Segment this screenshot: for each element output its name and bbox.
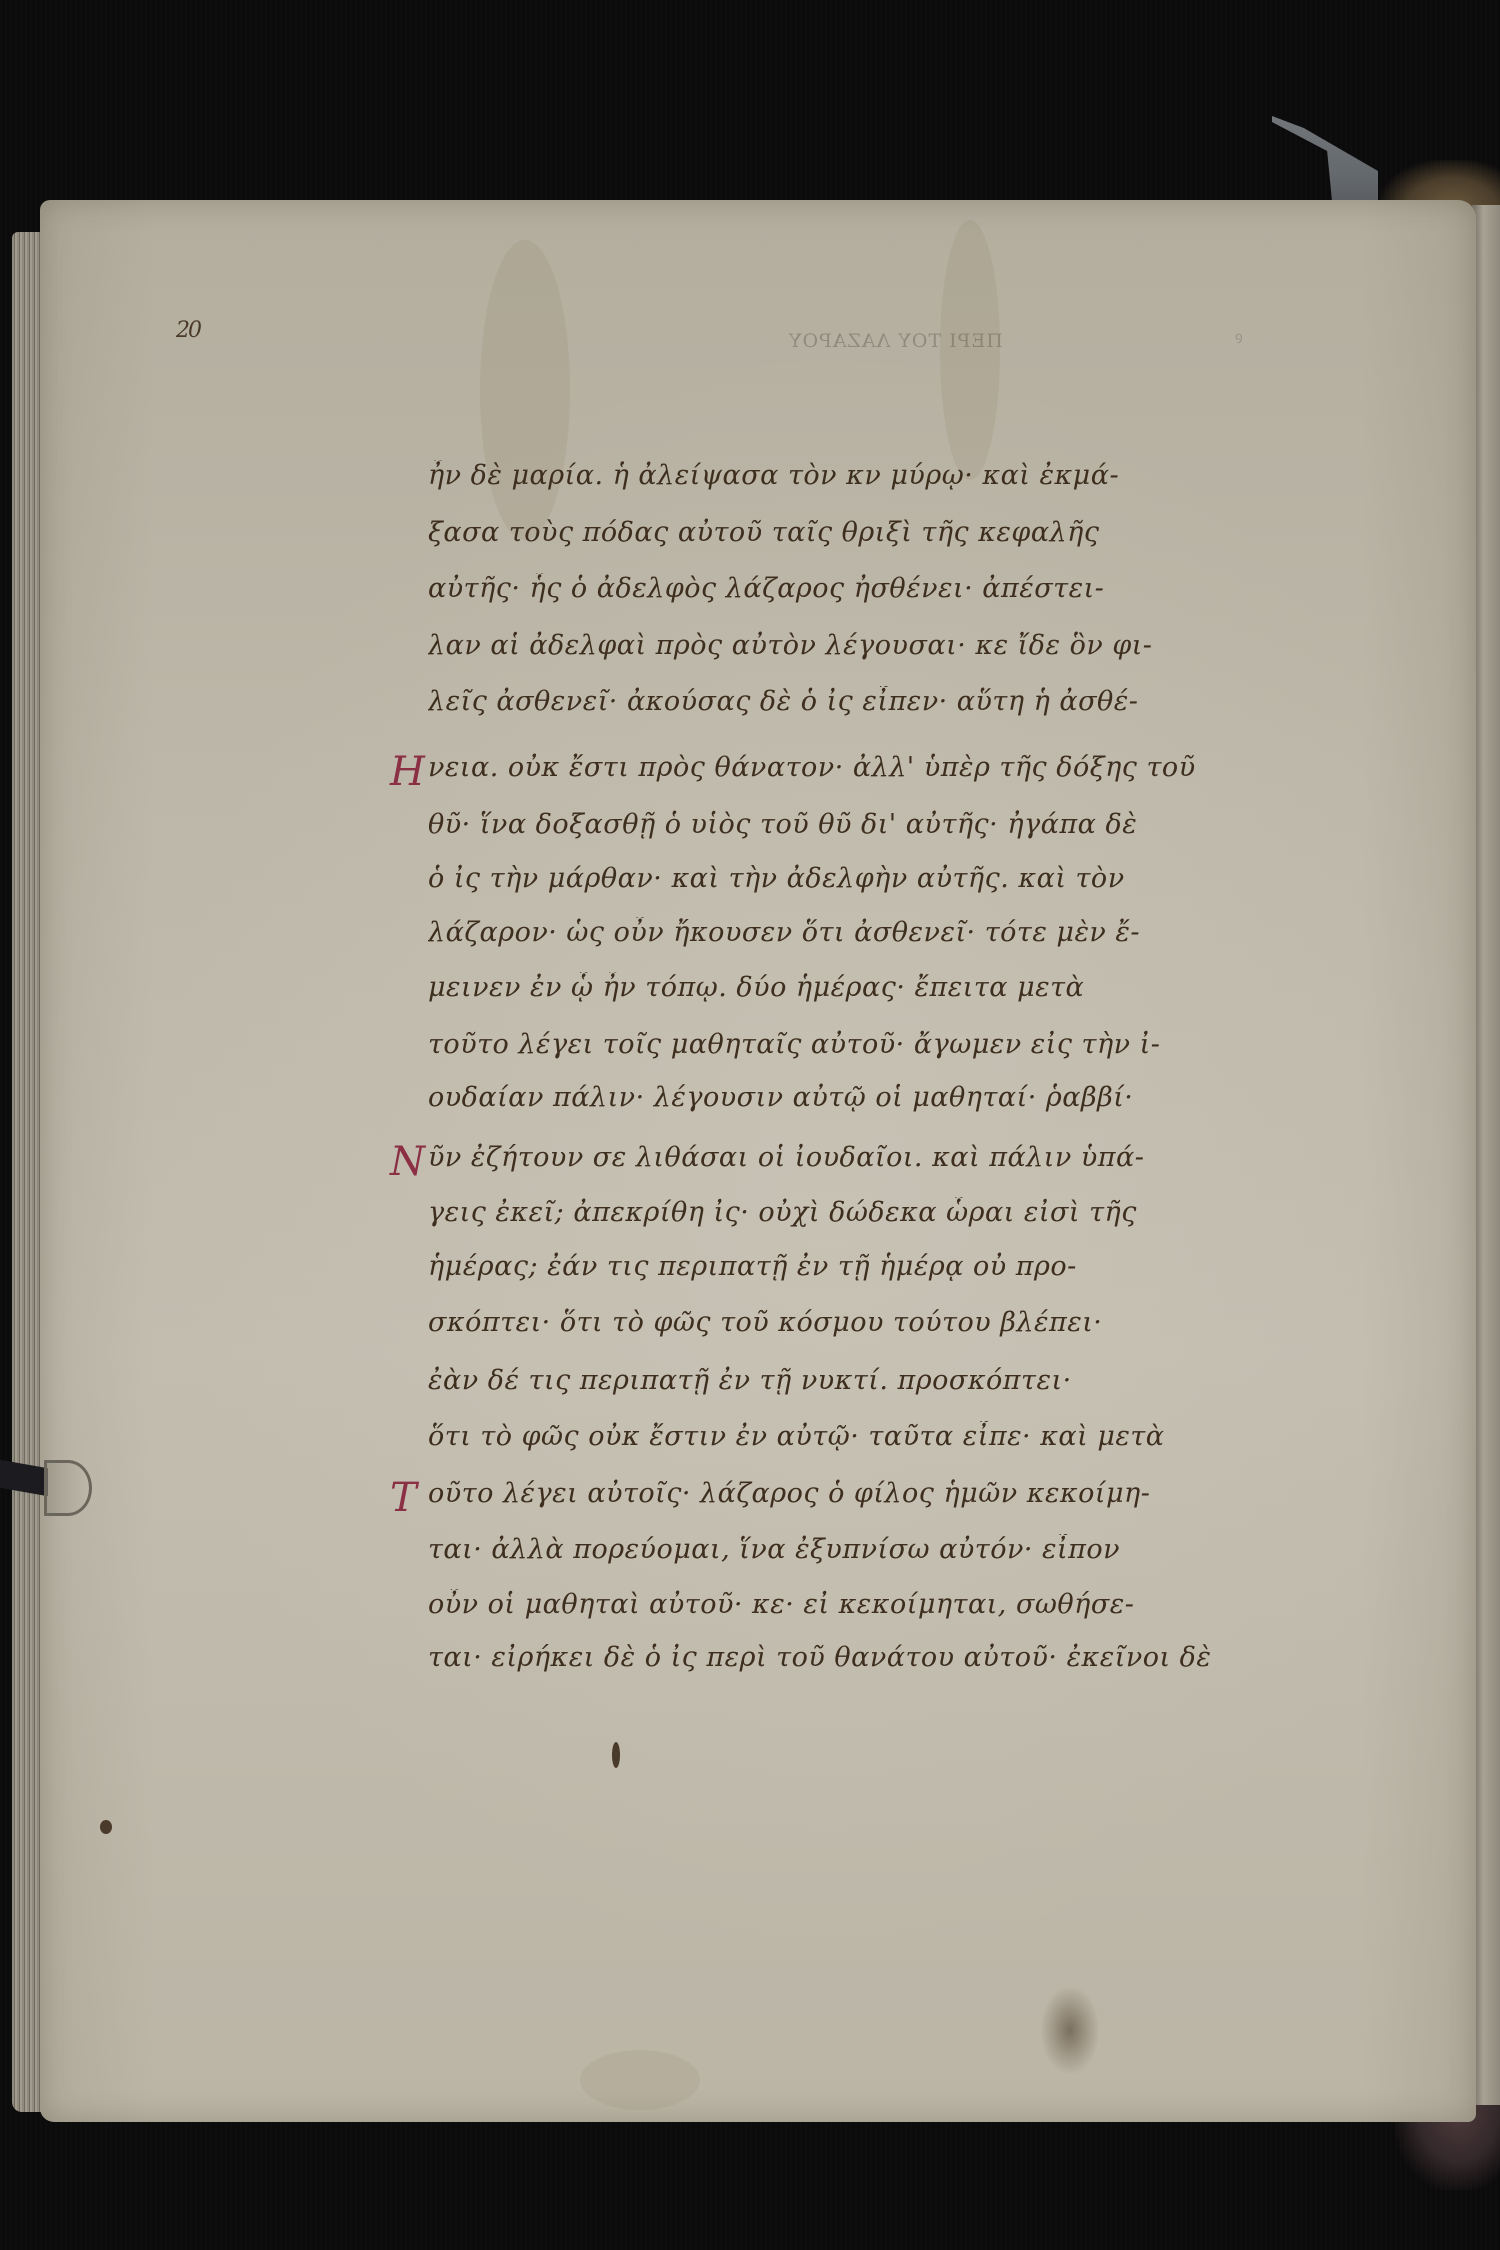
page-clip <box>0 1458 88 1516</box>
text-line: τοῦτο λέγει τοῖς μαθηταῖς αὐτοῦ· ἄγωμεν … <box>428 1029 1268 1079</box>
text-line: ὁ ἰς τὴν μάρθαν· καὶ τὴν ἀδελφὴν αὐτῆς. … <box>428 863 1268 913</box>
text-line: Ηνεια. οὐκ ἔστι πρὸς θάνατον· ἀλλ' ὑπὲρ … <box>428 752 1268 802</box>
text-line: ὅτι τὸ φῶς οὐκ ἔστιν ἐν αὐτῷ· ταῦτα εἶπε… <box>428 1421 1268 1471</box>
ink-mark <box>612 1742 620 1768</box>
line-text: νεια. οὐκ ἔστι πρὸς θάνατον· ἀλλ' ὑπὲρ τ… <box>428 752 1196 783</box>
text-line: ἦν δὲ μαρία. ἡ ἀλείψασα τὸν κν μύρῳ· καὶ… <box>428 460 1268 510</box>
line-text: ῦν ἐζήτουν σε λιθάσαι οἱ ἰουδαῖοι. καὶ π… <box>428 1142 1144 1173</box>
rubric-initial: Τ <box>390 1478 417 1518</box>
line-text: ὁ ἰς τὴν μάρθαν· καὶ τὴν ἀδελφὴν αὐτῆς. … <box>428 863 1125 894</box>
line-text: ξασα τοὺς πόδας αὐτοῦ ταῖς θριξὶ τῆς κεφ… <box>428 517 1099 548</box>
text-line: ουδαίαν πάλιν· λέγουσιν αὐτῷ οἱ μαθηταί·… <box>428 1082 1268 1132</box>
clip-loop <box>44 1460 92 1516</box>
text-line: μεινεν ἐν ᾧ ἦν τόπῳ. δύο ἡμέρας· ἔπειτα … <box>428 972 1268 1022</box>
line-text: αὐτῆς· ἧς ὁ ἀδελφὸς λάζαρος ἠσθένει· ἀπέ… <box>428 573 1104 604</box>
text-line: Τοῦτο λέγει αὐτοῖς· λάζαρος ὁ φίλος ἡμῶν… <box>428 1478 1268 1528</box>
clip-body <box>0 1460 48 1496</box>
line-text: λαν αἱ ἀδελφαὶ πρὸς αὐτὸν λέγουσαι· κε ἴ… <box>428 630 1152 661</box>
text-line: θῦ· ἵνα δοξασθῇ ὁ υἱὸς τοῦ θῦ δι' αὐτῆς·… <box>428 809 1268 859</box>
line-text: ται· εἰρήκει δὲ ὁ ἰς περὶ τοῦ θανάτου αὐ… <box>428 1642 1211 1673</box>
line-text: ται· ἀλλὰ πορεύομαι, ἵνα ἐξυπνίσω αὐτόν·… <box>428 1534 1120 1565</box>
line-text: σκόπτει· ὅτι τὸ φῶς τοῦ κόσμου τούτου βλ… <box>428 1307 1102 1338</box>
page-stack-right <box>1472 205 1500 2105</box>
text-line: Νῦν ἐζήτουν σε λιθάσαι οἱ ἰουδαῖοι. καὶ … <box>428 1142 1268 1192</box>
line-text: λεῖς ἀσθενεῖ· ἀκούσας δὲ ὁ ἰς εἶπεν· αὕτ… <box>428 686 1138 717</box>
line-text: λάζαρον· ὡς οὖν ἤκουσεν ὅτι ἀσθενεῖ· τότ… <box>428 917 1140 948</box>
text-line: ται· εἰρήκει δὲ ὁ ἰς περὶ τοῦ θανάτου αὐ… <box>428 1642 1268 1692</box>
text-line: λεῖς ἀσθενεῖ· ἀκούσας δὲ ὁ ἰς εἶπεν· αὕτ… <box>428 686 1268 736</box>
stain <box>1040 1985 1100 2075</box>
line-text: μεινεν ἐν ᾧ ἦν τόπῳ. δύο ἡμέρας· ἔπειτα … <box>428 972 1084 1003</box>
text-line: ἡμέρας; ἐάν τις περιπατῇ ἐν τῇ ἡμέρᾳ οὐ … <box>428 1251 1268 1301</box>
text-line: ται· ἀλλὰ πορεύομαι, ἵνα ἐξυπνίσω αὐτόν·… <box>428 1534 1268 1584</box>
text-line: λαν αἱ ἀδελφαὶ πρὸς αὐτὸν λέγουσαι· κε ἴ… <box>428 630 1268 680</box>
ink-mark <box>100 1820 112 1834</box>
line-text: γεις ἐκεῖ; ἀπεκρίθη ἰς· οὐχὶ δώδεκα ὧραι… <box>428 1197 1137 1228</box>
stain <box>580 2050 700 2110</box>
running-header-mark: ꝰ <box>1235 325 1243 352</box>
text-line: οὖν οἱ μαθηταὶ αὐτοῦ· κε· εἰ κεκοίμηται,… <box>428 1589 1268 1639</box>
text-line: γεις ἐκεῖ; ἀπεκρίθη ἰς· οὐχὶ δώδεκα ὧραι… <box>428 1197 1268 1247</box>
running-header-showthrough: ΠΕΡΙ ΤΟΥ ΛΑΖΑΡΟΥ <box>788 330 1003 352</box>
rubric-initial: Η <box>390 752 425 792</box>
text-line: ἐὰν δέ τις περιπατῇ ἐν τῇ νυκτί. προσκόπ… <box>428 1365 1268 1415</box>
folio-number: 20 <box>176 318 200 343</box>
line-text: θῦ· ἵνα δοξασθῇ ὁ υἱὸς τοῦ θῦ δι' αὐτῆς·… <box>428 809 1137 840</box>
text-line: ξασα τοὺς πόδας αὐτοῦ ταῖς θριξὶ τῆς κεφ… <box>428 517 1268 567</box>
text-line: αὐτῆς· ἧς ὁ ἀδελφὸς λάζαρος ἠσθένει· ἀπέ… <box>428 573 1268 623</box>
line-text: τοῦτο λέγει τοῖς μαθηταῖς αὐτοῦ· ἄγωμεν … <box>428 1029 1160 1060</box>
line-text: ουδαίαν πάλιν· λέγουσιν αὐτῷ οἱ μαθηταί·… <box>428 1082 1133 1113</box>
text-line: σκόπτει· ὅτι τὸ φῶς τοῦ κόσμου τούτου βλ… <box>428 1307 1268 1357</box>
rubric-initial: Ν <box>390 1142 426 1182</box>
line-text: οῦτο λέγει αὐτοῖς· λάζαρος ὁ φίλος ἡμῶν … <box>428 1478 1150 1509</box>
text-line: λάζαρον· ὡς οὖν ἤκουσεν ὅτι ἀσθενεῖ· τότ… <box>428 917 1268 967</box>
line-text: ἦν δὲ μαρία. ἡ ἀλείψασα τὸν κν μύρῳ· καὶ… <box>428 460 1119 491</box>
line-text: ἐὰν δέ τις περιπατῇ ἐν τῇ νυκτί. προσκόπ… <box>428 1365 1072 1396</box>
line-text: ἡμέρας; ἐάν τις περιπατῇ ἐν τῇ ἡμέρᾳ οὐ … <box>428 1251 1077 1282</box>
line-text: ὅτι τὸ φῶς οὐκ ἔστιν ἐν αὐτῷ· ταῦτα εἶπε… <box>428 1421 1165 1452</box>
line-text: οὖν οἱ μαθηταὶ αὐτοῦ· κε· εἰ κεκοίμηται,… <box>428 1589 1134 1620</box>
